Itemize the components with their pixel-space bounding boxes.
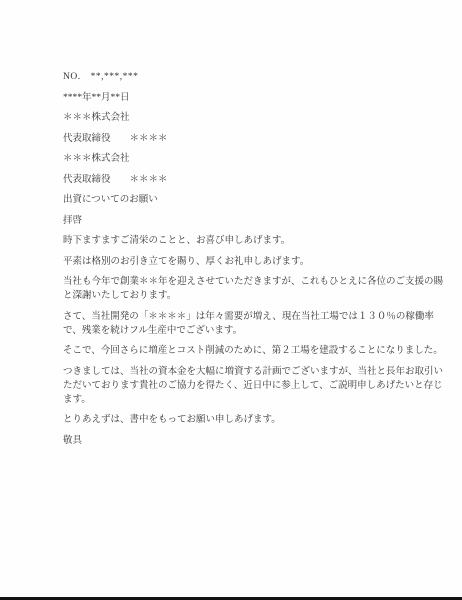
body-paragraph: 当社も今年で創業＊＊年を迎えさせていただきますが、これもひとえに各位のご支援の賜… [63,275,449,303]
letter-page: NO. **,***,*** ****年**月**日 ＊＊＊株式会社 代表取締役… [0,0,462,600]
salutation: 拝啓 [63,214,449,228]
recipient-representative: 代表取締役 ＊＊＊＊ [63,173,449,187]
body-paragraph: とりあえずは、書中をもってお願い申しあげます。 [63,413,449,427]
recipient-representative: 代表取締役 ＊＊＊＊ [63,132,449,146]
body-paragraph: 時下ますますご清栄のことと、お喜び申しあげます。 [63,234,449,248]
date-line: ****年**月**日 [63,91,449,105]
body-paragraph: そこで、今回さらに増産とコスト削減のために、第２工場を建設することになりました。 [63,344,449,358]
letter-body: NO. **,***,*** ****年**月**日 ＊＊＊株式会社 代表取締役… [63,70,449,454]
recipient-company: ＊＊＊株式会社 [63,152,449,166]
subject-line: 出資についてのお願い [63,193,449,207]
doc-number: NO. **,***,*** [63,70,449,84]
body-paragraph: さて、当社開発の「＊＊＊＊」は年々需要が増え、現在当社工場では１３０％の稼働率で… [63,310,449,338]
closing-word: 敬具 [63,434,449,448]
body-paragraph: 平素は格別のお引き立てを賜り、厚くお礼申しあげます。 [63,255,449,269]
body-paragraph: つきましては、当社の資本金を大幅に増資する計画でございますが、当社と長年お取引い… [63,365,449,407]
recipient-company: ＊＊＊株式会社 [63,111,449,125]
